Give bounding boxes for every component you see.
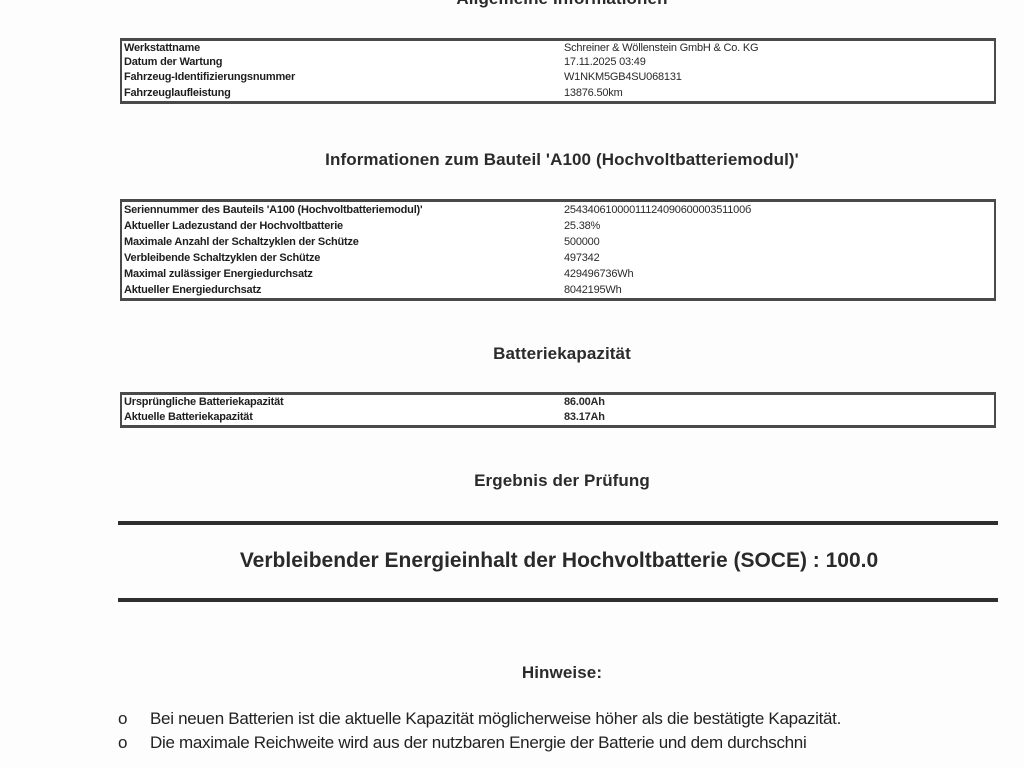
note-text: Die maximale Reichweite wird aus der nut… [150,732,988,754]
section-title-notes: Hinweise: [0,663,1024,683]
component-info-table: Seriennummer des Bauteils 'A100 (Hochvol… [120,199,996,301]
result-top-rule [118,521,998,525]
section-title-component: Informationen zum Bauteil 'A100 (Hochvol… [0,150,1024,170]
vin-label: Fahrzeug-Identifizierungsnummer [122,69,564,85]
state-of-charge-value: 25.38% [564,218,994,234]
mileage-value: 13876.50km [564,85,994,101]
serial-number-label: Seriennummer des Bauteils 'A100 (Hochvol… [122,202,564,218]
service-date-label: Datum der Wartung [122,55,564,69]
result-bottom-rule [118,598,998,602]
mileage-label: Fahrzeuglaufleistung [122,85,564,101]
workshop-name-value: Schreiner & Wöllenstein GmbH & Co. KG [564,41,994,55]
max-energy-throughput-value: 429496736Wh [564,266,994,282]
table-row: Datum der Wartung 17.11.2025 03:49 [122,55,994,69]
max-switch-cycles-label: Maximale Anzahl der Schaltzyklen der Sch… [122,234,564,250]
service-date-value: 17.11.2025 03:49 [564,55,994,69]
table-row: Aktueller Energiedurchsatz 8042195Wh [122,282,994,298]
remaining-switch-cycles-value: 497342 [564,250,994,266]
current-energy-throughput-value: 8042195Wh [564,282,994,298]
table-row: Aktueller Ladezustand der Hochvoltbatter… [122,218,994,234]
table-row: Fahrzeug-Identifizierungsnummer W1NKM5GB… [122,69,994,85]
table-row: Aktuelle Batteriekapazität 83.17Ah [122,410,994,425]
battery-test-report-page: Allgemeine Informationen Werkstattname S… [0,0,1024,768]
serial-number-value: 2543406100001112409060000351100б [564,202,994,218]
state-of-charge-label: Aktueller Ladezustand der Hochvoltbatter… [122,218,564,234]
remaining-switch-cycles-label: Verbleibende Schaltzyklen der Schütze [122,250,564,266]
soce-result: Verbleibender Energieinhalt der Hochvolt… [0,549,1024,573]
note-text: Bei neuen Batterien ist die aktuelle Kap… [150,708,988,730]
section-title-general: Allgemeine Informationen [0,0,1024,9]
table-row: Werkstattname Schreiner & Wöllenstein Gm… [122,41,994,55]
current-capacity-value: 83.17Ah [564,410,994,425]
table-row: Verbleibende Schaltzyklen der Schütze 49… [122,250,994,266]
table-row: Maximale Anzahl der Schaltzyklen der Sch… [122,234,994,250]
vin-value: W1NKM5GB4SU068131 [564,69,994,85]
section-title-result: Ergebnis der Prüfung [0,471,1024,491]
max-energy-throughput-label: Maximal zulässiger Energiedurchsatz [122,266,564,282]
original-capacity-value: 86.00Ah [564,395,994,410]
table-row: Seriennummer des Bauteils 'A100 (Hochvol… [122,202,994,218]
general-info-table: Werkstattname Schreiner & Wöllenstein Gm… [120,38,996,104]
list-item: o Bei neuen Batterien ist die aktuelle K… [118,708,988,730]
workshop-name-label: Werkstattname [122,41,564,55]
table-row: Fahrzeuglaufleistung 13876.50km [122,85,994,101]
section-title-capacity: Batteriekapazität [0,344,1024,364]
capacity-table: Ursprüngliche Batteriekapazität 86.00Ah … [120,392,996,428]
table-row: Ursprüngliche Batteriekapazität 86.00Ah [122,395,994,410]
notes-list: o Bei neuen Batterien ist die aktuelle K… [118,708,988,754]
max-switch-cycles-value: 500000 [564,234,994,250]
original-capacity-label: Ursprüngliche Batteriekapazität [122,395,564,410]
current-energy-throughput-label: Aktueller Energiedurchsatz [122,282,564,298]
list-item: o Die maximale Reichweite wird aus der n… [118,732,988,754]
current-capacity-label: Aktuelle Batteriekapazität [122,410,564,425]
bullet-icon: o [118,708,150,730]
table-row: Maximal zulässiger Energiedurchsatz 4294… [122,266,994,282]
bullet-icon: o [118,732,150,754]
